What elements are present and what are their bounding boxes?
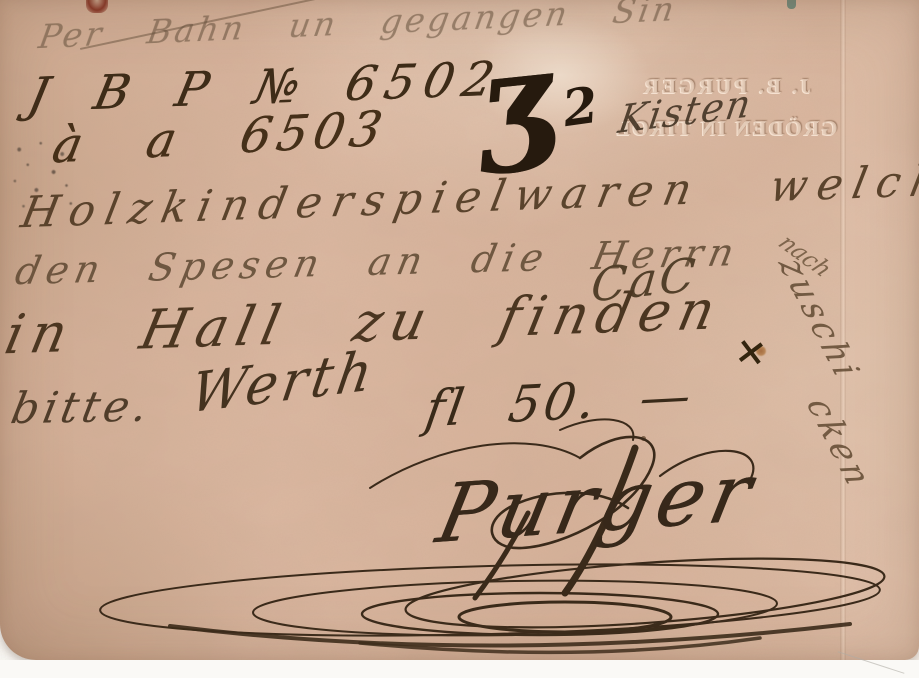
stamp-overlay-word: Kisten — [616, 84, 755, 139]
fold-light-zone — [846, 0, 919, 660]
paper-texture — [0, 0, 919, 660]
stamp-company-name: J. B. PURGER — [598, 74, 854, 99]
pen-flourish-stroke — [80, 0, 320, 50]
vertical-fold-crease — [840, 0, 846, 660]
bold-mark-digit: 2 — [560, 80, 601, 134]
embossed-stamp: J. B. PURGER GRÖDEN IN TIROL — [598, 74, 854, 141]
scanner-background-strip — [0, 660, 919, 678]
margin-note-word-2: cken — [800, 396, 878, 491]
margin-note-word-1: zuschi — [772, 256, 867, 382]
cross-mark: × — [733, 330, 770, 372]
faded-postmark-smudge — [2, 136, 88, 226]
signature-name: Purger — [431, 452, 764, 555]
teal-mark — [787, 0, 796, 9]
margin-note-nach: nach — [773, 232, 835, 281]
light-abrasion-patch — [470, 15, 650, 135]
bold-mark-glyph: Ʒ — [474, 58, 571, 194]
handwritten-line-4: Holzkinderspielwaren welche — [18, 158, 919, 235]
rust-stain-dot — [756, 346, 766, 356]
handwritten-addressee: CaC — [589, 251, 700, 309]
handwritten-line-1: Per Bahn un gegangen Sin — [36, 0, 679, 53]
scanned-postcard-image: J. B. PURGER GRÖDEN IN TIROL Per Bahn un… — [0, 0, 919, 678]
handwritten-line-6: in Hall zu finden — [0, 283, 727, 362]
handwritten-line-2-number: J B P № 6502 — [24, 55, 507, 119]
small-ink-dot — [641, 436, 646, 441]
handwritten-line-7b: Werth — [187, 343, 380, 421]
signature-flourish — [60, 418, 919, 668]
red-ink-mark — [86, 0, 108, 13]
postcard-paper: J. B. PURGER GRÖDEN IN TIROL Per Bahn un… — [0, 0, 919, 660]
handwritten-line-5: den Spesen an die Herrn — [12, 233, 743, 290]
handwritten-line-7c: fl 50. — — [422, 370, 697, 435]
bold-ink-mark: Ʒ 2 — [480, 62, 604, 190]
stamp-location: GRÖDEN IN TIROL — [598, 116, 854, 141]
handwritten-line-7a: bitte. — [8, 386, 155, 432]
handwritten-line-3-number: à a 6503 — [49, 105, 392, 171]
